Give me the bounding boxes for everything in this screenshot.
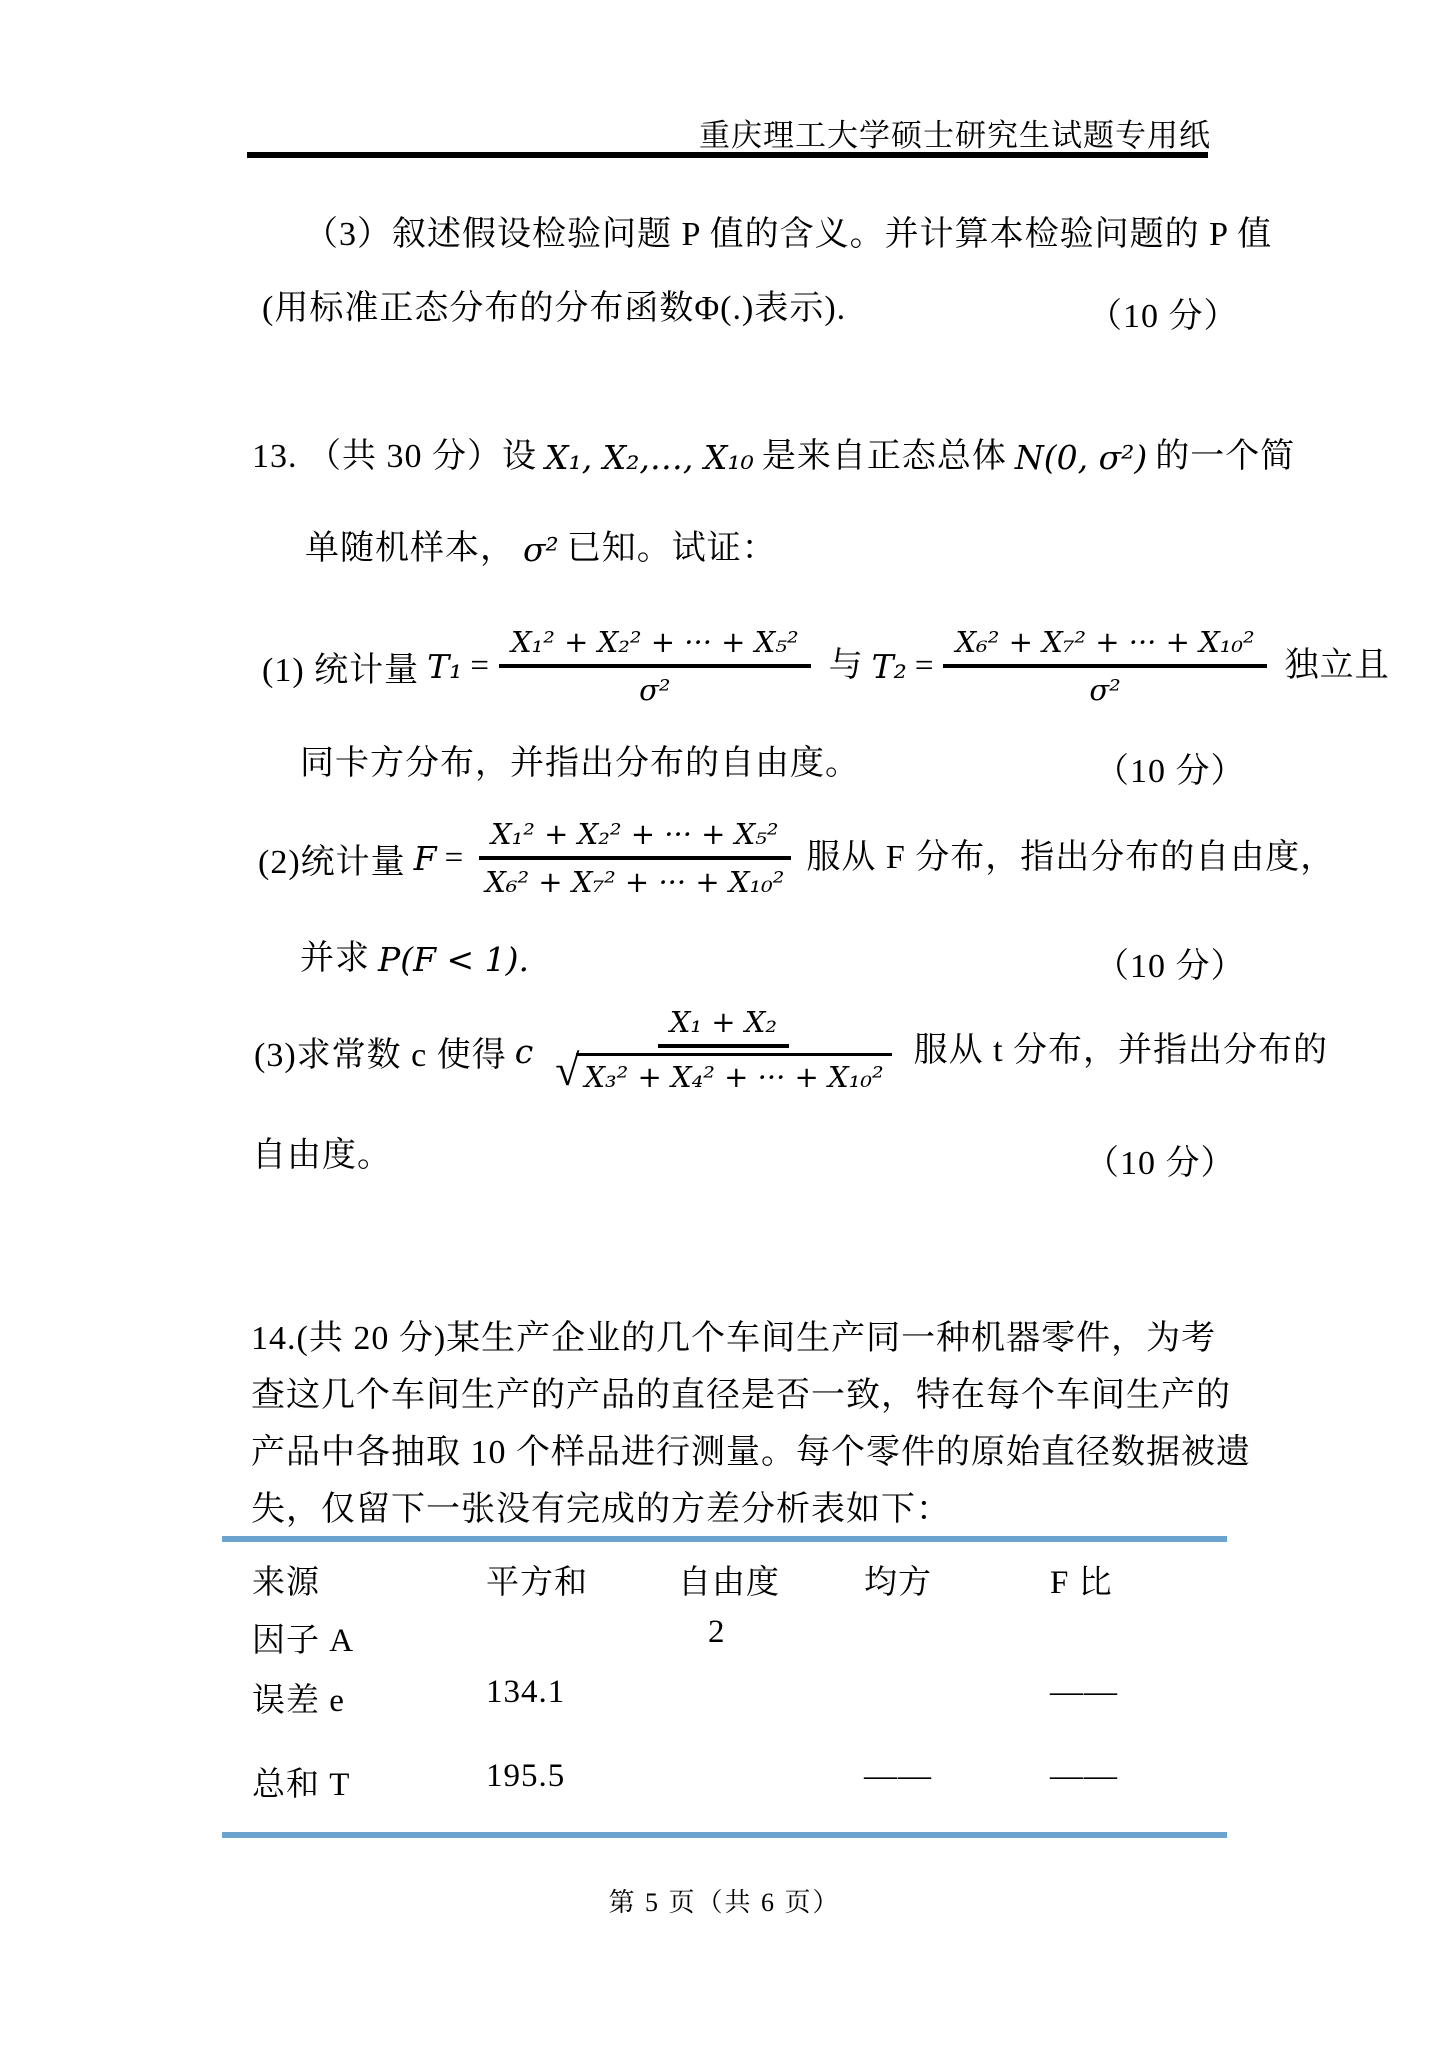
problem13-intro-line1: 13. （共 30 分）设 X₁, X₂,…, X₁₀ 是来自正态总体 N(0,… (252, 436, 1295, 479)
problem13-part1-score: （10 分） (1095, 743, 1246, 792)
part1-T1: T₁ (427, 647, 462, 686)
part3-tail: 服从 t 分布，并指出分布的 (914, 1030, 1328, 1073)
cell-degrees-of-freedom: 2 (678, 1614, 726, 1651)
part1-fraction1-denominator: σ² (627, 668, 682, 707)
part2-line2-math: P(F < 1). (378, 940, 529, 979)
problem13-intro2-pre: 单随机样本， (305, 528, 515, 571)
col-header-f-ratio: F 比 (1050, 1556, 1113, 1603)
table-row-factor-a: 因子 A 2 (252, 1614, 1232, 1654)
part1-lead: (1) 统计量 (262, 642, 419, 691)
cell-f-ratio: —— (1050, 1758, 1118, 1795)
problem12-part3-score: （10 分） (1088, 288, 1239, 337)
part1-equals1: = (470, 648, 489, 685)
problem14-line3: 产品中各抽取 10 个样品进行测量。每个零件的原始直径数据被遗 (251, 1432, 1251, 1475)
part3-fraction-numerator: X₁ + X₂ (658, 1005, 789, 1048)
part1-mid: 与 (829, 645, 864, 688)
problem13-part2-formula: (2)统计量 F = X₁² + X₂² + ··· + X₅² X₆² + X… (258, 808, 1335, 908)
part1-tail: 独立且 (1285, 645, 1390, 688)
part1-equals2: = (915, 648, 934, 685)
part2-tail: 服从 F 分布，指出分布的自由度， (806, 837, 1335, 880)
part1-fraction2-numerator: X₆² + X₇² + ··· + X₁₀² (943, 625, 1266, 668)
problem14-line1: 14.(共 20 分)某生产企业的几个车间生产同一种机器零件，为考 (251, 1318, 1216, 1361)
cell-source: 误差 e (252, 1674, 345, 1721)
part3-fraction-denominator: √ X₃² + X₄² + ··· + X₁₀² (543, 1048, 903, 1097)
col-header-degrees-of-freedom: 自由度 (678, 1556, 780, 1603)
part1-fraction1: X₁² + X₂² + ··· + X₅² σ² (499, 625, 811, 707)
part2-fraction-numerator: X₁² + X₂² + ··· + X₅² (479, 817, 791, 860)
page-number-footer: 第 5 页（共 6 页） (0, 1882, 1449, 1919)
part2-fraction-denominator: X₆² + X₇² + ··· + X₁₀² (473, 860, 796, 899)
part3-c: c (515, 1032, 533, 1071)
problem14-line4: 失，仅留下一张没有完成的方差分析表如下： (251, 1489, 951, 1532)
problem13-intro-post: 的一个简 (1155, 436, 1295, 479)
col-header-source: 来源 (252, 1556, 320, 1603)
problem14-line2: 查这几个车间生产的产品的直径是否一致，特在每个车间生产的 (251, 1375, 1231, 1418)
cell-f-ratio: —— (1050, 1674, 1118, 1711)
part2-F: F (414, 839, 437, 878)
problem13-part3-score: （10 分） (1085, 1135, 1236, 1184)
part1-fraction2: X₆² + X₇² + ··· + X₁₀² σ² (943, 625, 1266, 707)
problem13-part3-formula: (3)求常数 c 使得 c X₁ + X₂ √ X₃² + X₄² + ··· … (254, 1000, 1328, 1102)
part2-lead: (2)统计量 (258, 834, 406, 883)
part3-lead: (3)求常数 c 使得 (254, 1027, 507, 1076)
problem13-intro-math-normal: N(0, σ²) (1015, 438, 1147, 477)
exam-paper-page: 重庆理工大学硕士研究生试题专用纸 （3）叙述假设检验问题 P 值的含义。并计算本… (0, 0, 1449, 2046)
cell-sum-of-squares: 134.1 (486, 1674, 565, 1711)
table-bottom-rule (222, 1832, 1227, 1838)
cell-sum-of-squares: 195.5 (486, 1758, 565, 1795)
cell-source: 因子 A (252, 1614, 354, 1661)
part3-radicand: X₃² + X₄² + ··· + X₁₀² (576, 1053, 891, 1094)
problem13-intro-pre: 13. （共 30 分）设 (252, 436, 537, 479)
problem12-part3-line1: （3）叙述假设检验问题 P 值的含义。并计算本检验问题的 P 值 (304, 214, 1272, 257)
problem12-part3-line2: (用标准正态分布的分布函数Φ(.)表示). (262, 288, 846, 331)
problem13-part2-score: （10 分） (1095, 938, 1246, 987)
table-header-row: 来源 平方和 自由度 均方 F 比 (252, 1556, 1232, 1596)
problem13-intro-line2: 单随机样本， σ² 已知。试证： (305, 528, 777, 571)
part3-sqrt: √ X₃² + X₄² + ··· + X₁₀² (555, 1053, 891, 1097)
table-row-total-t: 总和 T 195.5 —— —— (252, 1758, 1232, 1798)
problem13-part2-line2: 并求 P(F < 1). (300, 938, 529, 981)
problem13-intro2-sigma: σ² (523, 530, 559, 569)
col-header-sum-of-squares: 平方和 (486, 1556, 588, 1603)
exam-header-title: 重庆理工大学硕士研究生试题专用纸 (699, 110, 1211, 155)
part3-fraction: X₁ + X₂ √ X₃² + X₄² + ··· + X₁₀² (543, 1005, 903, 1097)
part2-fraction: X₁² + X₂² + ··· + X₅² X₆² + X₇² + ··· + … (473, 817, 796, 899)
part1-fraction2-denominator: σ² (1077, 668, 1132, 707)
col-header-mean-square: 均方 (864, 1556, 932, 1603)
problem13-part1-formula: (1) 统计量 T₁ = X₁² + X₂² + ··· + X₅² σ² 与 … (262, 618, 1390, 714)
cell-mean-square: —— (864, 1758, 932, 1795)
cell-source: 总和 T (252, 1758, 350, 1805)
table-top-rule (222, 1536, 1227, 1542)
part1-T2: T₂ (872, 647, 907, 686)
problem13-intro-mid: 是来自正态总体 (762, 436, 1007, 479)
problem13-part3-line2: 自由度。 (252, 1135, 392, 1178)
table-row-error-e: 误差 e 134.1 —— (252, 1674, 1232, 1714)
problem13-intro2-post: 已知。试证： (567, 528, 777, 571)
radical-sign: √ (555, 1049, 579, 1093)
header-rule (247, 152, 1208, 158)
part2-line2-pre: 并求 (300, 938, 370, 981)
problem13-intro-math-sample: X₁, X₂,…, X₁₀ (545, 438, 754, 477)
part2-equals: = (445, 840, 464, 877)
part1-fraction1-numerator: X₁² + X₂² + ··· + X₅² (499, 625, 811, 668)
problem13-part1-line2: 同卡方分布，并指出分布的自由度。 (300, 743, 860, 786)
